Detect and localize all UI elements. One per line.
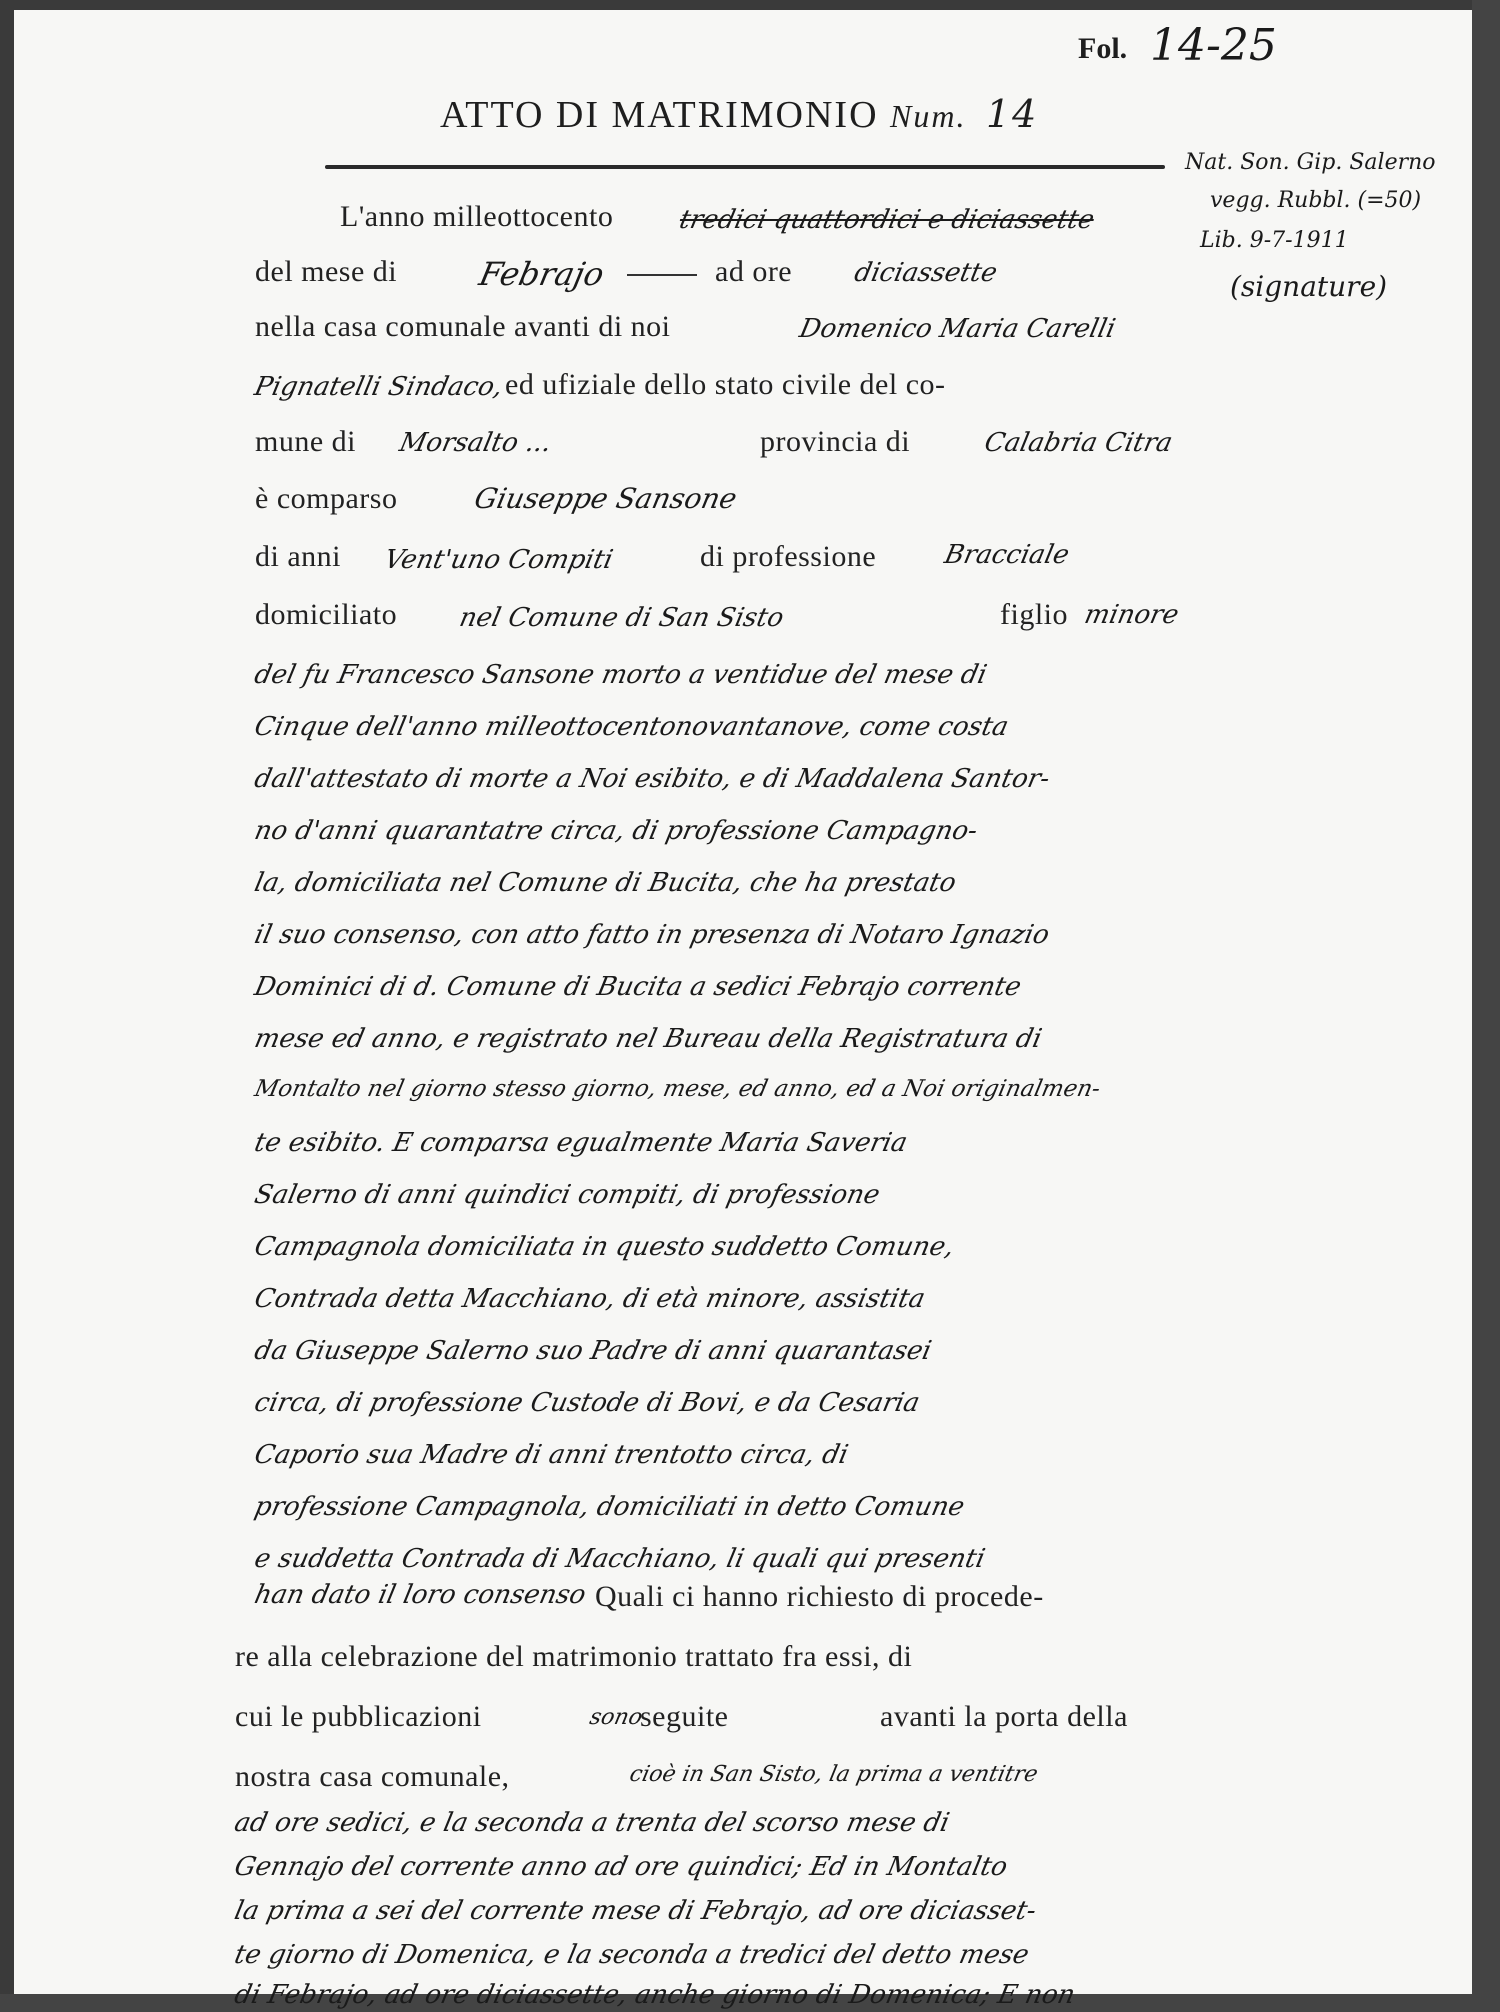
hw-line: han dato il loro consenso [252, 1580, 589, 1610]
printed-line-6: è comparso [255, 482, 397, 516]
handwritten-mayor: Domenico Maria Carelli [797, 314, 1118, 344]
printed-line-5: mune di [255, 425, 356, 459]
printed-line-8: domiciliato [255, 598, 397, 632]
hw-line: circa, di professione Custode di Bovi, e… [252, 1388, 923, 1418]
hw-line: Contrada detta Macchiano, di età minore,… [252, 1284, 928, 1314]
hw-line: Campagnola domiciliata in questo suddett… [252, 1232, 957, 1262]
margin-note-2: vegg. Rubbl. (=50) [1210, 188, 1421, 213]
number-value: 14 [986, 92, 1038, 136]
fill-dash [627, 274, 697, 276]
hw-inline: sono [587, 1705, 644, 1730]
margin-note-3: Lib. 9-7-1911 [1200, 228, 1349, 253]
hw-line: la, domiciliata nel Comune di Bucita, ch… [252, 868, 959, 898]
hw-inline: cioè in San Sisto, la prima a ventitre [627, 1762, 1040, 1787]
printed-line-3: nella casa comunale avanti di noi [255, 310, 671, 344]
handwritten-groom-name: Giuseppe Sansone [471, 482, 739, 515]
hw-line: di Febrajo, ad ore diciassette, anche gi… [232, 1980, 1078, 2010]
hw-line: la prima a sei del corrente mese di Febr… [232, 1896, 1039, 1926]
printed-para2-line2: re alla celebrazione del matrimonio trat… [235, 1640, 912, 1674]
hw-line: te giorno di Domenica, e la seconda a tr… [232, 1940, 1032, 1970]
handwritten-profession: Bracciale [942, 540, 1072, 570]
printed-line-8b: figlio [1000, 598, 1068, 632]
document-page [14, 10, 1474, 2000]
hw-line: professione Campagnola, domiciliati in d… [252, 1492, 967, 1522]
handwritten-mayor-2: Pignatelli Sindaco, [252, 372, 506, 402]
hw-line: da Giuseppe Salerno suo Padre di anni qu… [252, 1336, 934, 1366]
hw-line: il suo consenso, con atto fatto in prese… [252, 920, 1052, 950]
margin-signature: (signature) [1230, 270, 1387, 303]
printed-para2-line1: Quali ci hanno richiesto di procede- [595, 1580, 1044, 1614]
hw-line: Cinque dell'anno milleottocentonovantano… [252, 712, 1011, 742]
handwritten-minor: minore [1082, 600, 1182, 630]
hw-line: te esibito. E comparsa egualmente Maria … [252, 1128, 910, 1158]
handwritten-province: Calabria Citra [982, 428, 1175, 458]
hw-line: Dominici di d. Comune di Bucita a sedici… [252, 972, 1024, 1002]
hw-line: Montalto nel giorno stesso giorno, mese,… [252, 1076, 1102, 1102]
hw-line: del fu Francesco Sansone morto a ventidu… [252, 660, 990, 690]
handwritten-month: Febrajo [476, 255, 608, 293]
hw-line: mese ed anno, e registrato nel Bureau de… [252, 1024, 1045, 1054]
printed-para2-line3a: cui le pubblicazioni [235, 1700, 482, 1734]
printed-para2-line4a: nostra casa comunale, [235, 1760, 510, 1794]
printed-line-2b: ad ore [715, 255, 792, 289]
handwritten-age: Vent'uno Compiti [382, 545, 616, 575]
hw-line: e suddetta Contrada di Macchiano, li qua… [252, 1544, 988, 1574]
hw-line: no d'anni quarantatre circa, di professi… [252, 816, 980, 846]
hw-line: Salerno di anni quindici compiti, di pro… [252, 1180, 883, 1210]
folio-label: Fol. [1078, 32, 1127, 66]
title-rule [325, 165, 1165, 169]
hw-line: dall'attestato di morte a Noi esibito, e… [252, 764, 1053, 794]
printed-line-1: L'anno milleottocento [340, 200, 613, 234]
printed-line-5b: provincia di [760, 425, 910, 459]
handwritten-domicile: nel Comune di San Sisto [457, 603, 787, 633]
printed-line-4: ed ufiziale dello stato civile del co- [505, 368, 946, 402]
margin-note-1: Nat. Son. Gip. Salerno [1185, 150, 1436, 175]
folio-value: 14-25 [1150, 20, 1277, 71]
printed-line-2: del mese di [255, 255, 397, 289]
document-title: ATTO DI MATRIMONIO Num. 14 [440, 92, 1038, 137]
handwritten-year: tredici quattordici e diciassette [677, 205, 1097, 235]
handwritten-commune: Morsalto ... [397, 428, 554, 458]
printed-para2-line3c: avanti la porta della [880, 1700, 1128, 1734]
printed-para2-line3b: seguite [640, 1700, 728, 1734]
number-label: Num. [890, 98, 966, 134]
hw-line: ad ore sedici, e la seconda a trenta del… [232, 1808, 952, 1838]
printed-line-7: di anni [255, 540, 341, 574]
handwritten-hour: diciassette [852, 258, 1000, 288]
title-text: ATTO DI MATRIMONIO [440, 94, 879, 136]
scan-border-right [1472, 0, 1500, 2012]
hw-line: Caporio sua Madre di anni trentotto circ… [252, 1440, 851, 1470]
hw-line: Gennajo del corrente anno ad ore quindic… [232, 1852, 1010, 1882]
printed-line-7b: di professione [700, 540, 876, 574]
